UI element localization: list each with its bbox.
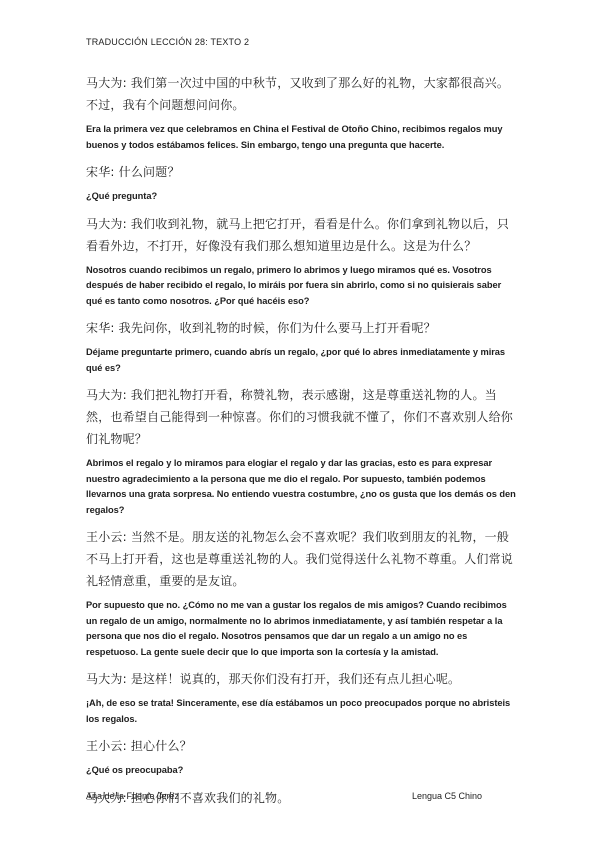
chinese-line: 王小云: 担心什么？ bbox=[86, 735, 518, 757]
chinese-line: 王小云: 当然不是。朋友送的礼物怎么会不喜欢呢？我们收到朋友的礼物，一般不马上打… bbox=[86, 526, 518, 592]
chinese-line: 宋华: 我先问你，收到礼物的时候，你们为什么要马上打开看呢？ bbox=[86, 317, 518, 339]
spanish-translation: ¿Qué os preocupaba? bbox=[86, 763, 518, 779]
dialogue-content: 马大为: 我们第一次过中国的中秋节，又收到了那么好的礼物，大家都很高兴。不过，我… bbox=[86, 72, 518, 815]
chinese-line: 马大为: 我们把礼物打开看，称赞礼物，表示感谢，这是尊重送礼物的人。当然，也希望… bbox=[86, 384, 518, 450]
spanish-translation: ¡Ah, de eso se trata! Sinceramente, ese … bbox=[86, 696, 518, 727]
dialogue-block-8: 王小云: 担心什么？ ¿Qué os preocupaba? bbox=[86, 735, 518, 779]
document-page: TRADUCCIÓN LECCIÓN 28: TEXTO 2 马大为: 我们第一… bbox=[0, 0, 599, 848]
dialogue-block-5: 马大为: 我们把礼物打开看，称赞礼物，表示感谢，这是尊重送礼物的人。当然，也希望… bbox=[86, 384, 518, 518]
dialogue-block-7: 马大为: 是这样！说真的，那天你们没有打开，我们还有点儿担心呢。 ¡Ah, de… bbox=[86, 668, 518, 727]
spanish-translation: Abrimos el regalo y lo miramos para elog… bbox=[86, 456, 518, 518]
chinese-line: 马大为: 我们第一次过中国的中秋节，又收到了那么好的礼物，大家都很高兴。不过，我… bbox=[86, 72, 518, 116]
spanish-translation: Por supuesto que no. ¿Cómo no me van a g… bbox=[86, 598, 518, 660]
dialogue-block-2: 宋华: 什么问题？ ¿Qué pregunta? bbox=[86, 161, 518, 205]
document-title: TRADUCCIÓN LECCIÓN 28: TEXTO 2 bbox=[86, 37, 249, 47]
chinese-line: 宋华: 什么问题？ bbox=[86, 161, 518, 183]
spanish-translation: ¿Qué pregunta? bbox=[86, 189, 518, 205]
spanish-translation: Nosotros cuando recibimos un regalo, pri… bbox=[86, 263, 518, 310]
dialogue-block-1: 马大为: 我们第一次过中国的中秋节，又收到了那么好的礼物，大家都很高兴。不过，我… bbox=[86, 72, 518, 153]
dialogue-block-3: 马大为: 我们收到礼物，就马上把它打开，看看是什么。你们拿到礼物以后，只看看外边… bbox=[86, 213, 518, 310]
chinese-line: 马大为: 是这样！说真的，那天你们没有打开，我们还有点儿担心呢。 bbox=[86, 668, 518, 690]
dialogue-block-6: 王小云: 当然不是。朋友送的礼物怎么会不喜欢呢？我们收到朋友的礼物，一般不马上打… bbox=[86, 526, 518, 660]
chinese-line: 马大为: 我们收到礼物，就马上把它打开，看看是什么。你们拿到礼物以后，只看看外边… bbox=[86, 213, 518, 257]
dialogue-block-4: 宋华: 我先问你，收到礼物的时候，你们为什么要马上打开看呢？ Déjame pr… bbox=[86, 317, 518, 376]
spanish-translation: Era la primera vez que celebramos en Chi… bbox=[86, 122, 518, 153]
spanish-translation: Déjame preguntarte primero, cuando abrís… bbox=[86, 345, 518, 376]
footer-author: Ana de la Fuente Jerez bbox=[86, 791, 179, 801]
footer-course: Lengua C5 Chino bbox=[412, 791, 482, 801]
